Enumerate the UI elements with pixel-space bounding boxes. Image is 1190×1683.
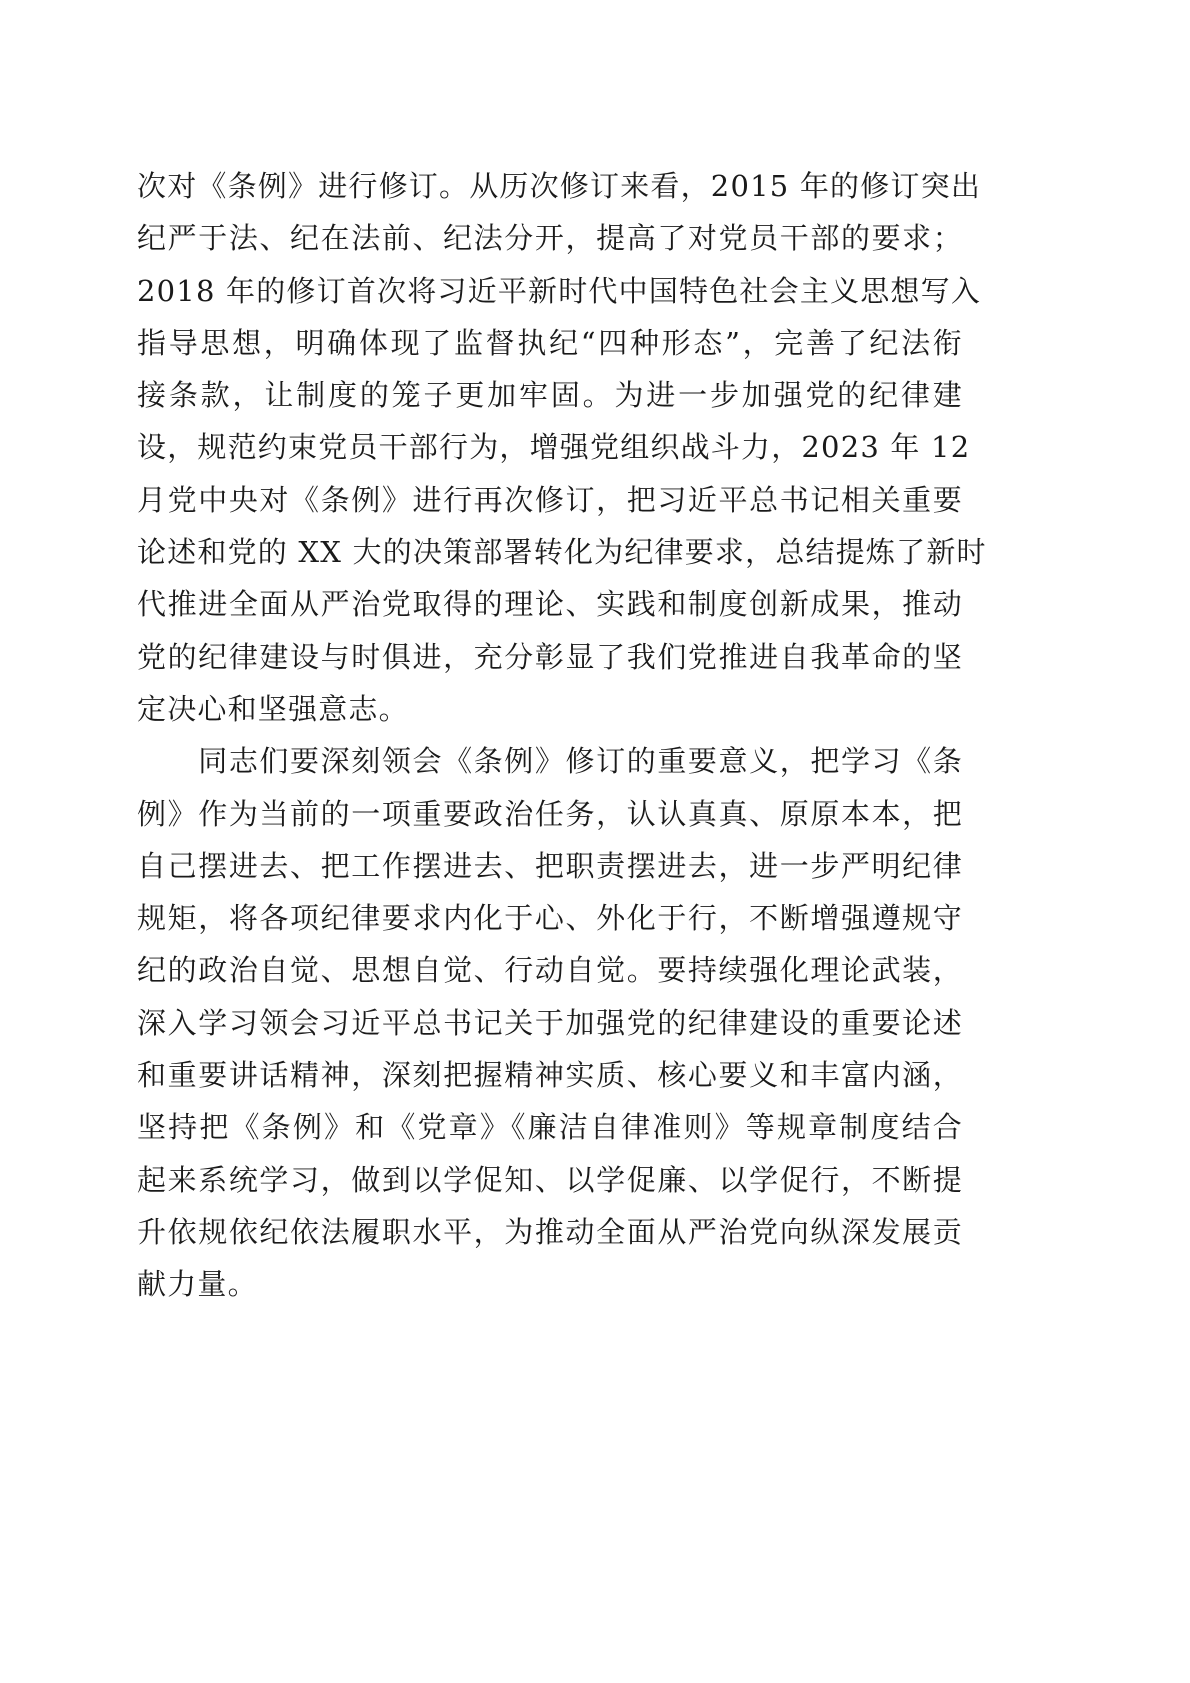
text-line: 深入学习领会习近平总书记关于加强党的纪律建设的重要论述 <box>137 997 963 1049</box>
paragraph-1: 次对《条例》进行修订。从历次修订来看，2015 年的修订突出 纪严于法、纪在法前… <box>137 160 963 735</box>
text-line: 同志们要深刻领会《条例》修订的重要意义，把学习《条 <box>137 735 963 787</box>
text-line: 自己摆进去、把工作摆进去、把职责摆进去，进一步严明纪律 <box>137 840 963 892</box>
text-line: 代推进全面从严治党取得的理论、实践和制度创新成果，推动 <box>137 578 963 630</box>
text-line: 纪的政治自觉、思想自觉、行动自觉。要持续强化理论武装， <box>137 944 963 996</box>
text-line: 月党中央对《条例》进行再次修订，把习近平总书记相关重要 <box>137 474 963 526</box>
text-line: 起来系统学习，做到以学促知、以学促廉、以学促行，不断提 <box>137 1154 963 1206</box>
text-line: 规矩，将各项纪律要求内化于心、外化于行，不断增强遵规守 <box>137 892 963 944</box>
text-line: 接条款，让制度的笼子更加牢固。为进一步加强党的纪律建 <box>137 369 963 421</box>
text-line: 论述和党的 XX 大的决策部署转化为纪律要求，总结提炼了新时 <box>137 526 963 578</box>
text-line: 例》作为当前的一项重要政治任务，认认真真、原原本本，把 <box>137 788 963 840</box>
text-line: 定决心和坚强意志。 <box>137 683 963 735</box>
text-line: 和重要讲话精神，深刻把握精神实质、核心要义和丰富内涵， <box>137 1049 963 1101</box>
text-line: 2018 年的修订首次将习近平新时代中国特色社会主义思想写入 <box>137 265 963 317</box>
text-line: 纪严于法、纪在法前、纪法分开，提高了对党员干部的要求； <box>137 212 963 264</box>
text-line: 升依规依纪依法履职水平，为推动全面从严治党向纵深发展贡 <box>137 1206 963 1258</box>
text-line: 坚持把《条例》和《党章》《廉洁自律准则》等规章制度结合 <box>137 1101 963 1153</box>
text-line: 次对《条例》进行修订。从历次修订来看，2015 年的修订突出 <box>137 160 963 212</box>
text-line: 设，规范约束党员干部行为，增强党组织战斗力，2023 年 12 <box>137 421 963 473</box>
text-line: 党的纪律建设与时俱进，充分彰显了我们党推进自我革命的坚 <box>137 631 963 683</box>
document-body: 次对《条例》进行修订。从历次修订来看，2015 年的修订突出 纪严于法、纪在法前… <box>137 160 963 1311</box>
text-line: 献力量。 <box>137 1258 963 1310</box>
text-line: 指导思想，明确体现了监督执纪“四种形态”，完善了纪法衔 <box>137 317 963 369</box>
paragraph-2: 同志们要深刻领会《条例》修订的重要意义，把学习《条 例》作为当前的一项重要政治任… <box>137 735 963 1310</box>
document-page: 次对《条例》进行修订。从历次修订来看，2015 年的修订突出 纪严于法、纪在法前… <box>0 0 1190 1683</box>
